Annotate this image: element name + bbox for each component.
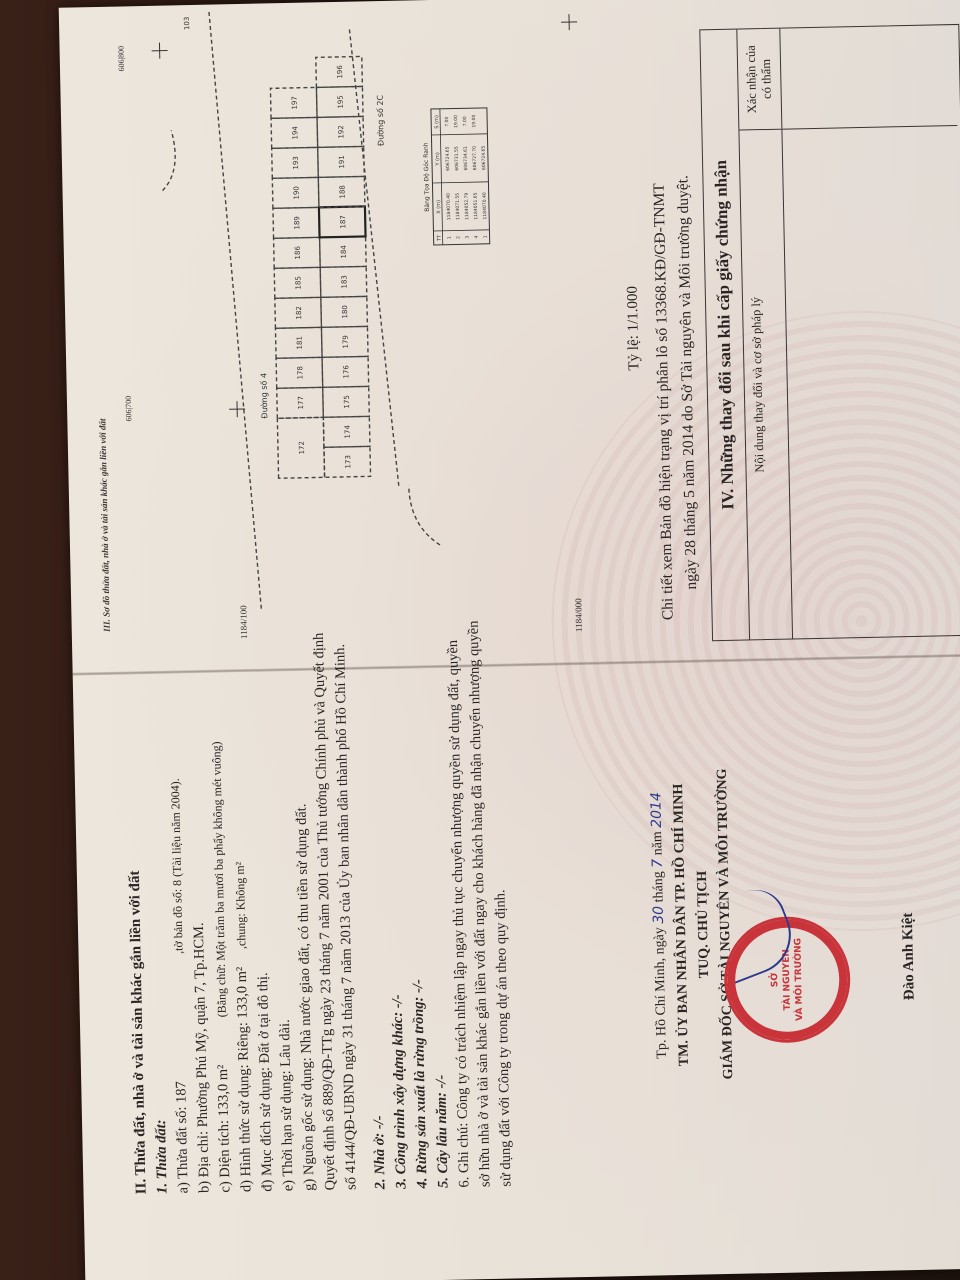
svg-text:1184/100: 1184/100 <box>238 605 249 639</box>
svg-text:174: 174 <box>343 425 351 439</box>
svg-text:180: 180 <box>341 305 349 319</box>
svg-text:1: 1 <box>483 235 489 238</box>
signer-name: Đào Anh Kiệt <box>898 912 921 1000</box>
left-page: II. Thửa đất, nhà ở và tài sản khác gắn … <box>73 656 960 1280</box>
svg-text:176: 176 <box>342 365 350 379</box>
svg-text:19.00: 19.00 <box>453 115 459 128</box>
svg-text:606724.65: 606724.65 <box>445 146 452 171</box>
svg-text:173: 173 <box>344 455 352 469</box>
svg-text:197: 197 <box>291 96 299 110</box>
svg-text:179: 179 <box>342 335 350 349</box>
svg-text:177: 177 <box>297 396 305 410</box>
svg-text:7.00: 7.00 <box>462 116 468 126</box>
svg-text:182: 182 <box>295 306 303 320</box>
svg-text:190: 190 <box>292 186 300 200</box>
area: c) Diện tích: 133,0 m² <box>215 1064 234 1192</box>
svg-text:184: 184 <box>340 245 348 259</box>
svg-text:185: 185 <box>294 276 302 290</box>
svg-text:193: 193 <box>292 156 300 170</box>
svg-text:3: 3 <box>465 236 471 239</box>
svg-text:X (m): X (m) <box>436 200 442 214</box>
month-handwritten: 7 <box>650 859 666 868</box>
svg-text:181: 181 <box>296 336 304 350</box>
parcel-map-drawing: 1721771781811821851861891901931941971731… <box>99 0 633 672</box>
svg-text:194: 194 <box>291 126 299 140</box>
section-land-details: II. Thửa đất, nhà ở và tài sản khác gắn … <box>120 620 518 1195</box>
svg-text:187: 187 <box>339 215 347 229</box>
svg-text:606731.55: 606731.55 <box>454 146 461 171</box>
svg-text:19.00: 19.00 <box>471 114 477 127</box>
changes-table: IV. Những thay đổi sau khi cấp giấy chứn… <box>699 24 960 641</box>
svg-text:1184071.55: 1184071.55 <box>455 193 462 220</box>
svg-text:2: 2 <box>456 236 462 239</box>
usage-common: ,chung: Không m² <box>233 862 249 964</box>
svg-text:175: 175 <box>343 395 351 409</box>
svg-text:606|700: 606|700 <box>124 396 134 422</box>
svg-text:606|800: 606|800 <box>117 46 127 72</box>
svg-text:TT: TT <box>437 234 443 242</box>
svg-text:195: 195 <box>337 95 345 109</box>
svg-text:S (m): S (m) <box>434 115 440 129</box>
usage-form: d) Hình thức sử dụng: Riêng: 133,0 m² <box>234 966 255 1192</box>
svg-text:103: 103 <box>183 17 191 31</box>
parcel-number: a) Thửa đất số: 187 <box>173 1081 191 1194</box>
svg-text:183: 183 <box>340 275 348 289</box>
svg-text:606724.65: 606724.65 <box>481 146 488 171</box>
svg-text:606734.61: 606734.61 <box>463 146 470 171</box>
svg-text:191: 191 <box>338 155 346 169</box>
svg-text:1: 1 <box>447 236 453 239</box>
certificate-document: II. Thửa đất, nhà ở và tài sản khác gắn … <box>59 0 960 1280</box>
map-reference: Chi tiết xem Bản đồ hiện trạng vị trí ph… <box>647 175 704 620</box>
svg-text:1184070.40: 1184070.40 <box>446 193 453 220</box>
svg-text:1184/000: 1184/000 <box>573 598 584 632</box>
day-handwritten: 30 <box>651 906 667 924</box>
changes-content-column: Nội dung thay đổi và cơ sở pháp lý <box>739 125 960 639</box>
map-sheet: ,tờ bản đồ số: 8 (Tài liệu năm 2004). <box>168 778 186 954</box>
area-in-words: (Bằng chữ: Một trăm ba mươi ba phẩy khôn… <box>209 741 229 1017</box>
svg-text:186: 186 <box>294 246 302 260</box>
svg-text:1184051.65: 1184051.65 <box>473 192 480 219</box>
year-handwritten: 2014 <box>648 792 665 828</box>
svg-text:192: 192 <box>337 125 345 139</box>
svg-text:4: 4 <box>474 235 480 238</box>
svg-text:189: 189 <box>293 216 301 230</box>
svg-text:188: 188 <box>338 185 346 199</box>
svg-text:Y (m): Y (m) <box>435 152 441 167</box>
svg-text:Bảng Tọa Độ Góc Ranh: Bảng Tọa Độ Góc Ranh <box>423 142 431 212</box>
svg-text:606727.70: 606727.70 <box>472 146 479 171</box>
parcel-map: 1721771781811821851861891901931941971731… <box>99 0 633 672</box>
svg-text:178: 178 <box>296 366 304 380</box>
svg-text:1184070.40: 1184070.40 <box>482 192 489 219</box>
svg-text:Đường số 2C: Đường số 2C <box>375 94 386 146</box>
svg-text:1184052.79: 1184052.79 <box>464 192 471 219</box>
confirmation-column: Xác nhận của có thẩm <box>737 25 957 130</box>
svg-text:172: 172 <box>298 441 306 455</box>
svg-text:7.00: 7.00 <box>444 116 450 126</box>
svg-text:196: 196 <box>336 65 344 79</box>
right-page: III. Sơ đồ thửa đất, nhà ở và tài sản kh… <box>59 0 960 673</box>
svg-text:Đường số 4: Đường số 4 <box>258 373 269 419</box>
